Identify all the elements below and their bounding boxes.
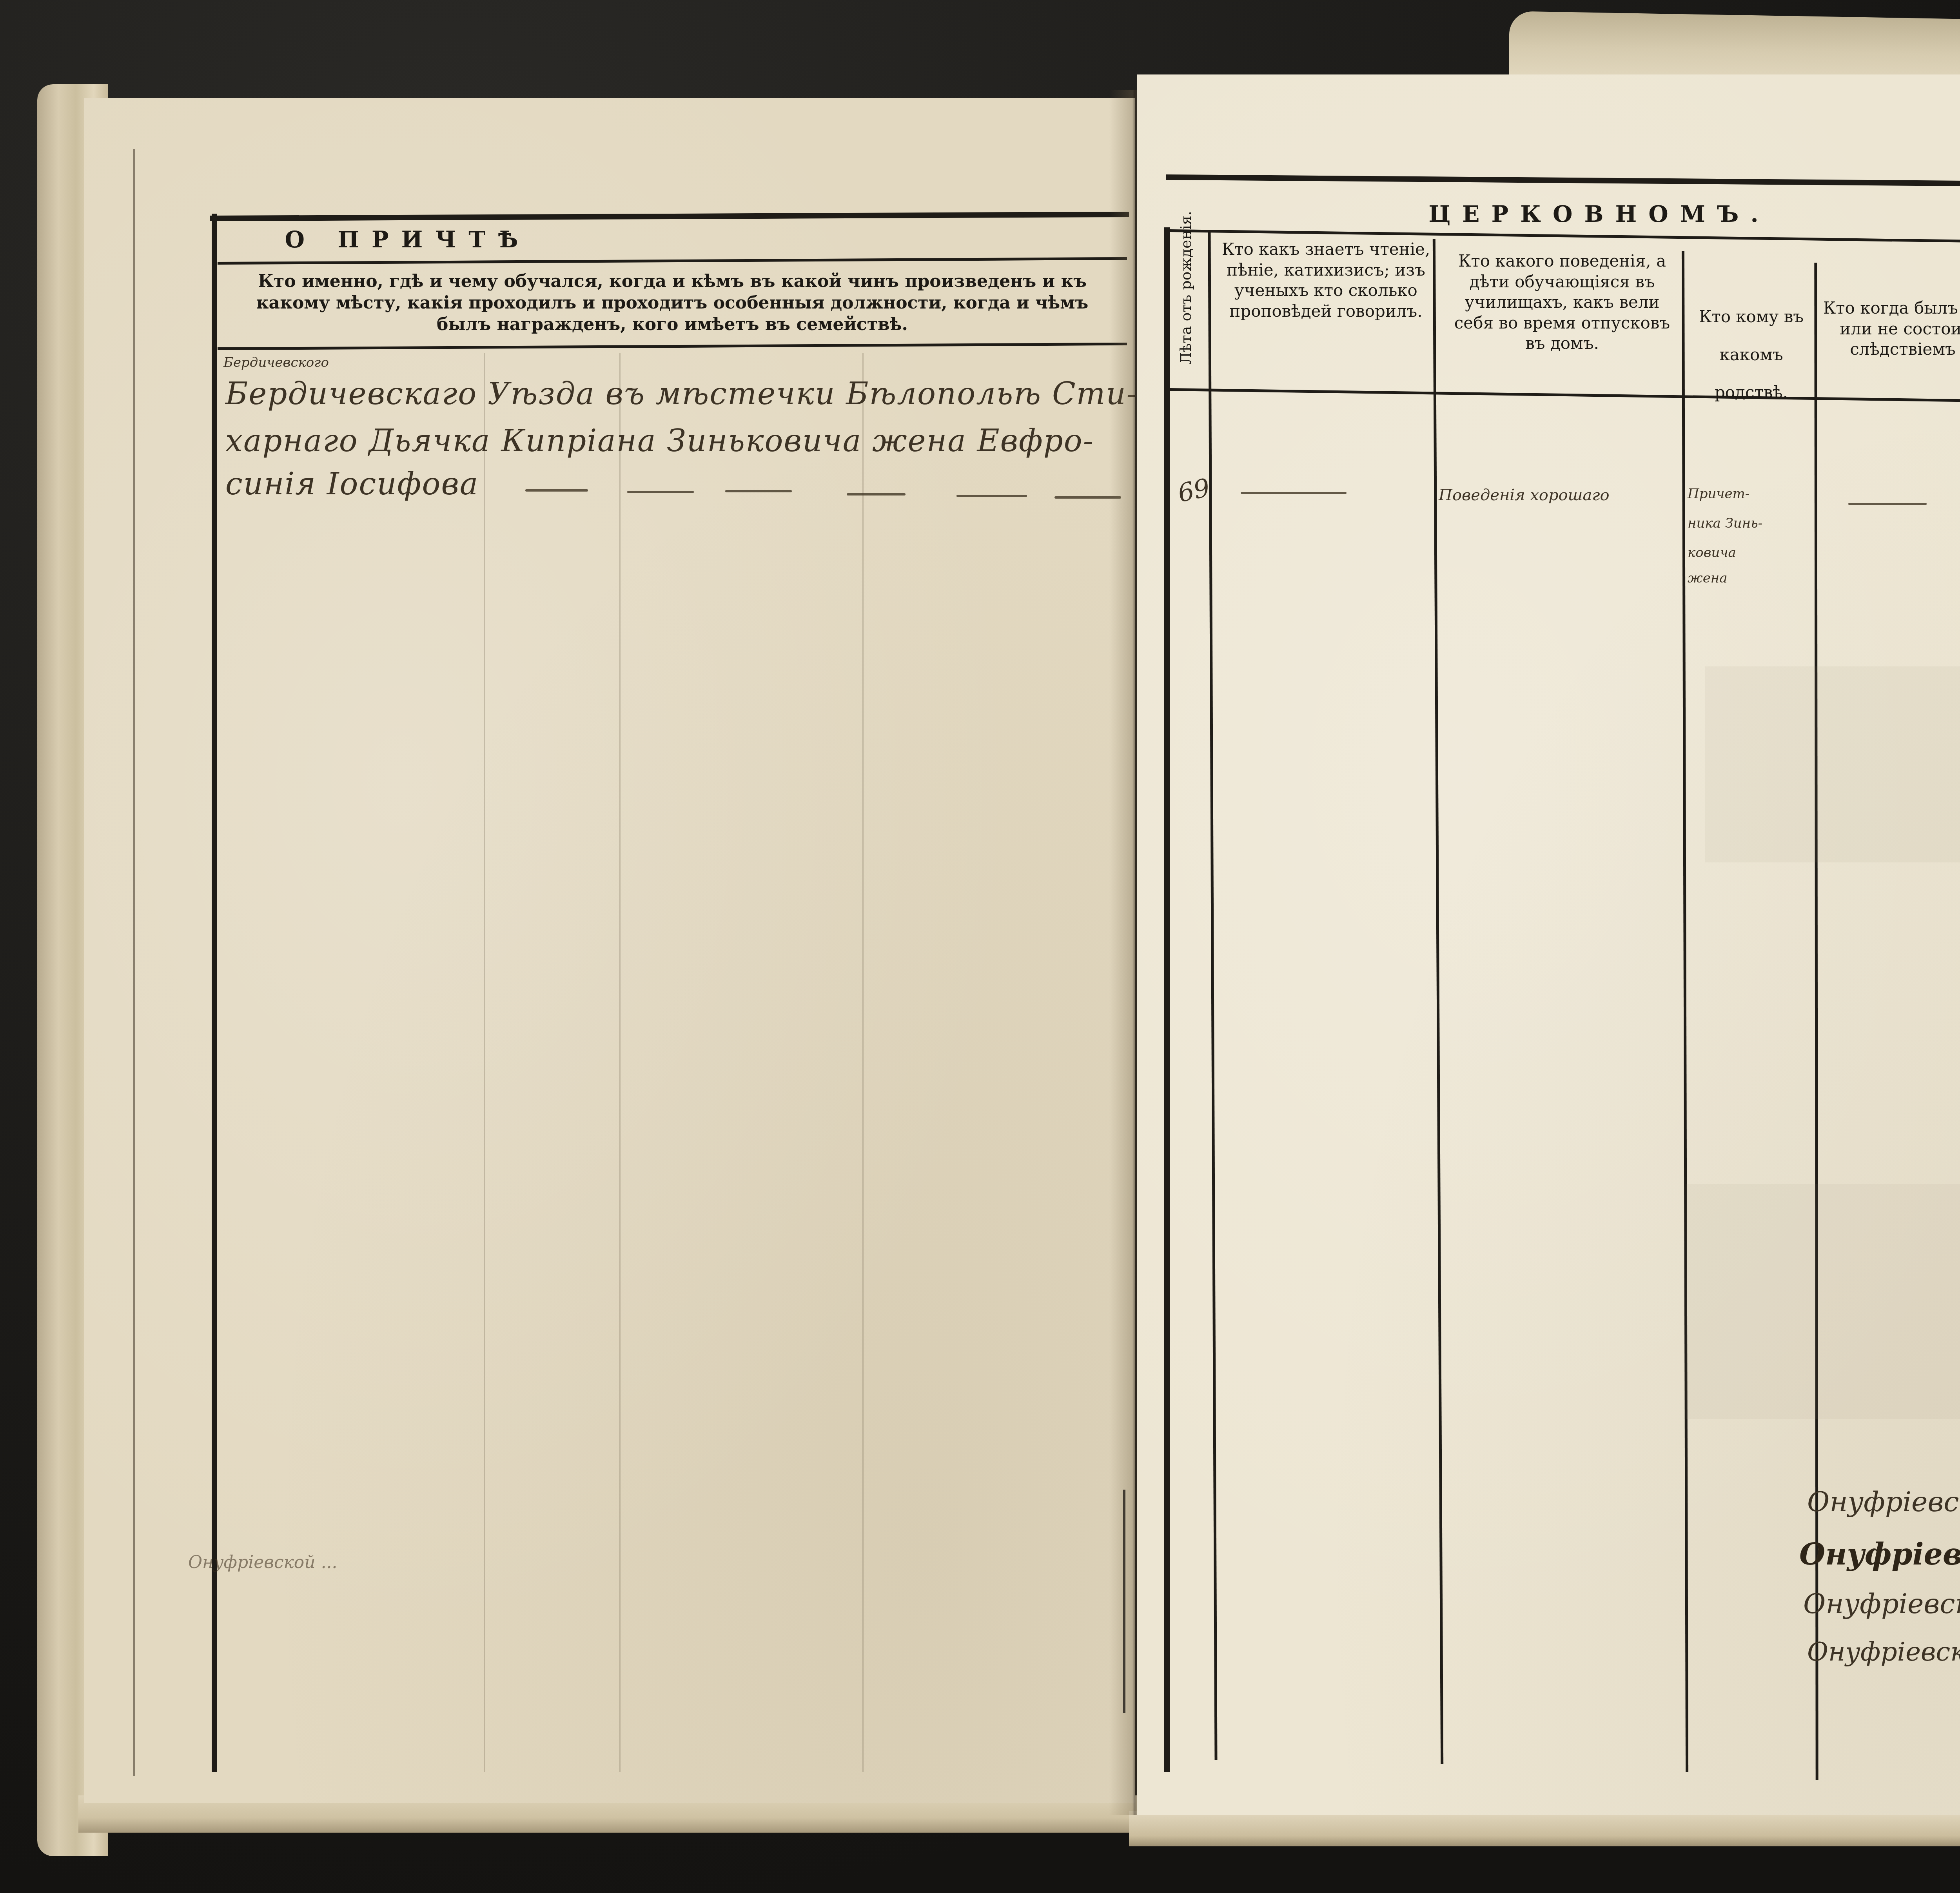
filler-dash bbox=[525, 489, 588, 492]
left-guide-line-1 bbox=[484, 353, 485, 1772]
left-margin-note: Онуфріевской ... bbox=[188, 1552, 338, 1572]
left-entry-superscript-note: Бердичевского bbox=[223, 355, 329, 370]
signature-1: Онуфріевской bbox=[1807, 1486, 1960, 1518]
header-behavior: Кто какого поведенія, а дѣти обучающіяся… bbox=[1445, 251, 1680, 354]
left-table-left-border bbox=[212, 214, 217, 1772]
gutter-binding-line bbox=[1123, 1490, 1125, 1713]
left-entry-line-1: Бердичевскаго Уѣзда въ мѣстечки Бѣлополь… bbox=[225, 376, 1138, 412]
cell-kinship-line-4: жена bbox=[1688, 570, 1727, 586]
signature-2: Онуфріевской bbox=[1799, 1537, 1960, 1572]
left-entry-line-3: синія Іосифова bbox=[225, 466, 479, 502]
header-age: Лѣта отъ рожденія. bbox=[1178, 231, 1194, 365]
right-section-title: ЦЕРКОВНОМЪ. bbox=[1364, 200, 1835, 229]
filler-dash bbox=[956, 495, 1027, 497]
left-page bbox=[84, 98, 1135, 1803]
header-knowledge: Кто какъ знаетъ чтеніе, пѣніе, катихизис… bbox=[1217, 239, 1435, 321]
bleed-through-area bbox=[1705, 666, 1960, 862]
right-bottom-page-edge bbox=[1129, 1811, 1960, 1846]
cell-penalties-dash bbox=[1848, 503, 1927, 505]
filler-dash bbox=[627, 491, 694, 493]
right-table-left-border bbox=[1164, 227, 1170, 1772]
cell-kinship-line-2: ника Зинь- bbox=[1688, 515, 1762, 531]
left-section-title: О ПРИЧТѢ bbox=[270, 225, 545, 254]
left-column-header: Кто именно, гдѣ и чему обучался, когда и… bbox=[227, 270, 1117, 335]
cell-knowledge-dash bbox=[1241, 492, 1347, 494]
header-penalties: Кто когда былъ штрафованъ или не состоит… bbox=[1821, 298, 1960, 360]
bleed-through-area bbox=[1686, 1184, 1960, 1419]
filler-dash bbox=[847, 493, 906, 495]
cell-behavior: Поведенія хорошаго bbox=[1439, 486, 1610, 504]
left-guide-line-2 bbox=[619, 353, 621, 1772]
signature-3: Онуфріевской bbox=[1803, 1588, 1960, 1620]
header-kinship: Кто кому въ какомъ родствѣ. bbox=[1690, 298, 1813, 412]
filler-dash bbox=[725, 490, 792, 492]
left-guide-line-3 bbox=[862, 353, 864, 1772]
cell-kinship-line-1: Причет- bbox=[1688, 486, 1749, 502]
left-margin-fold-line bbox=[133, 149, 135, 1776]
left-entry-line-2: харнаго Дьячка Кипріана Зиньковича жена … bbox=[225, 423, 1094, 459]
signature-4: Онуфріевской bbox=[1807, 1637, 1960, 1667]
cell-kinship-line-3: ковича bbox=[1688, 545, 1736, 561]
